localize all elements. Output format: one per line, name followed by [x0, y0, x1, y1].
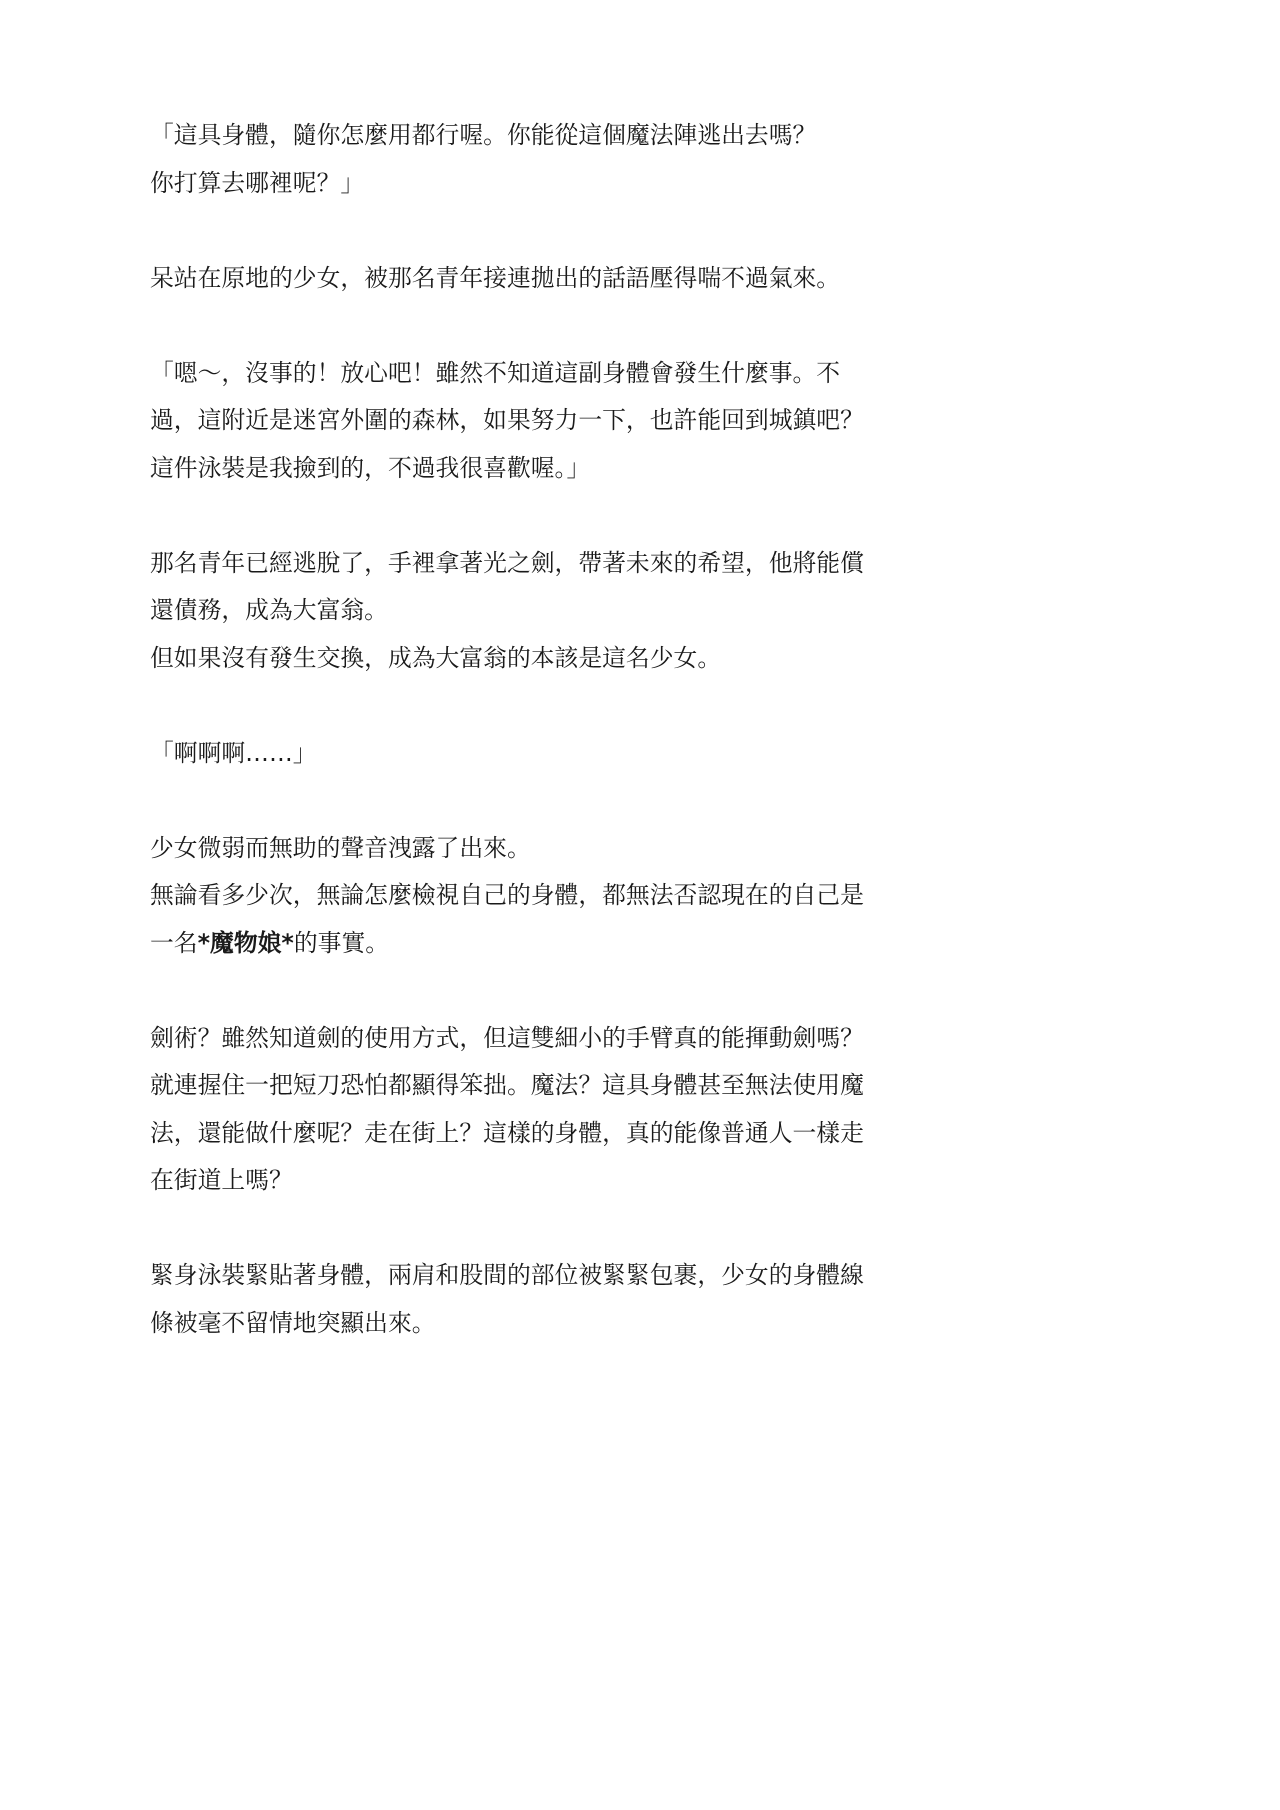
text-line: 「嗯～，沒事的！放心吧！雖然不知道這副身體會發生什麼事。不	[150, 350, 950, 398]
paragraph-narration-2: 那名青年已經逃脫了，手裡拿著光之劍，帶著未來的希望，他將能償 還債務，成為大富翁…	[150, 540, 950, 683]
paragraph-dialogue-1: 「這具身體，隨你怎麼用都行喔。你能從這個魔法陣逃出去嗎？ 你打算去哪裡呢？」	[150, 112, 950, 207]
text-line: 那名青年已經逃脫了，手裡拿著光之劍，帶著未來的希望，他將能償	[150, 540, 950, 588]
paragraph-narration-4: 劍術？雖然知道劍的使用方式，但這雙細小的手臂真的能揮動劍嗎？ 就連握住一把短刀恐…	[150, 1015, 950, 1205]
text-line: 還債務，成為大富翁。	[150, 587, 950, 635]
text-line: 這件泳裝是我撿到的，不過我很喜歡喔。」	[150, 445, 950, 493]
text-line: 就連握住一把短刀恐怕都顯得笨拙。魔法？這具身體甚至無法使用魔	[150, 1062, 950, 1110]
paragraph-narration-1: 呆站在原地的少女，被那名青年接連拋出的話語壓得喘不過氣來。	[150, 255, 950, 303]
text-line-with-emphasis: 一名*魔物娘*的事實。	[150, 920, 950, 968]
text-line: 在街道上嗎？	[150, 1157, 950, 1205]
paragraph-narration-3: 少女微弱而無助的聲音洩露了出來。 無論看多少次，無論怎麼檢視自己的身體，都無法否…	[150, 825, 950, 968]
text-line: 「啊啊啊……」	[150, 730, 950, 778]
text-line: 劍術？雖然知道劍的使用方式，但這雙細小的手臂真的能揮動劍嗎？	[150, 1015, 950, 1063]
text-prefix: 一名	[150, 929, 198, 957]
text-line: 無論看多少次，無論怎麼檢視自己的身體，都無法否認現在的自己是	[150, 872, 950, 920]
text-suffix: 的事實。	[294, 929, 389, 957]
emphasis-text: *魔物娘*	[198, 929, 294, 957]
text-line: 法，還能做什麼呢？走在街上？這樣的身體，真的能像普通人一樣走	[150, 1110, 950, 1158]
text-line: 條被毫不留情地突顯出來。	[150, 1300, 950, 1348]
text-line: 緊身泳裝緊貼著身體，兩肩和股間的部位被緊緊包裹，少女的身體線	[150, 1252, 950, 1300]
text-line: 過，這附近是迷宮外圍的森林，如果努力一下，也許能回到城鎮吧？	[150, 397, 950, 445]
paragraph-dialogue-2: 「嗯～，沒事的！放心吧！雖然不知道這副身體會發生什麼事。不 過，這附近是迷宮外圍…	[150, 350, 950, 493]
paragraph-dialogue-3: 「啊啊啊……」	[150, 730, 950, 778]
paragraph-narration-5: 緊身泳裝緊貼著身體，兩肩和股間的部位被緊緊包裹，少女的身體線 條被毫不留情地突顯…	[150, 1252, 950, 1347]
text-line: 少女微弱而無助的聲音洩露了出來。	[150, 825, 950, 873]
text-line: 「這具身體，隨你怎麼用都行喔。你能從這個魔法陣逃出去嗎？	[150, 112, 950, 160]
text-line: 但如果沒有發生交換，成為大富翁的本該是這名少女。	[150, 635, 950, 683]
document-page: 「這具身體，隨你怎麼用都行喔。你能從這個魔法陣逃出去嗎？ 你打算去哪裡呢？」 呆…	[150, 112, 950, 1395]
text-line: 你打算去哪裡呢？」	[150, 160, 950, 208]
text-line: 呆站在原地的少女，被那名青年接連拋出的話語壓得喘不過氣來。	[150, 255, 950, 303]
